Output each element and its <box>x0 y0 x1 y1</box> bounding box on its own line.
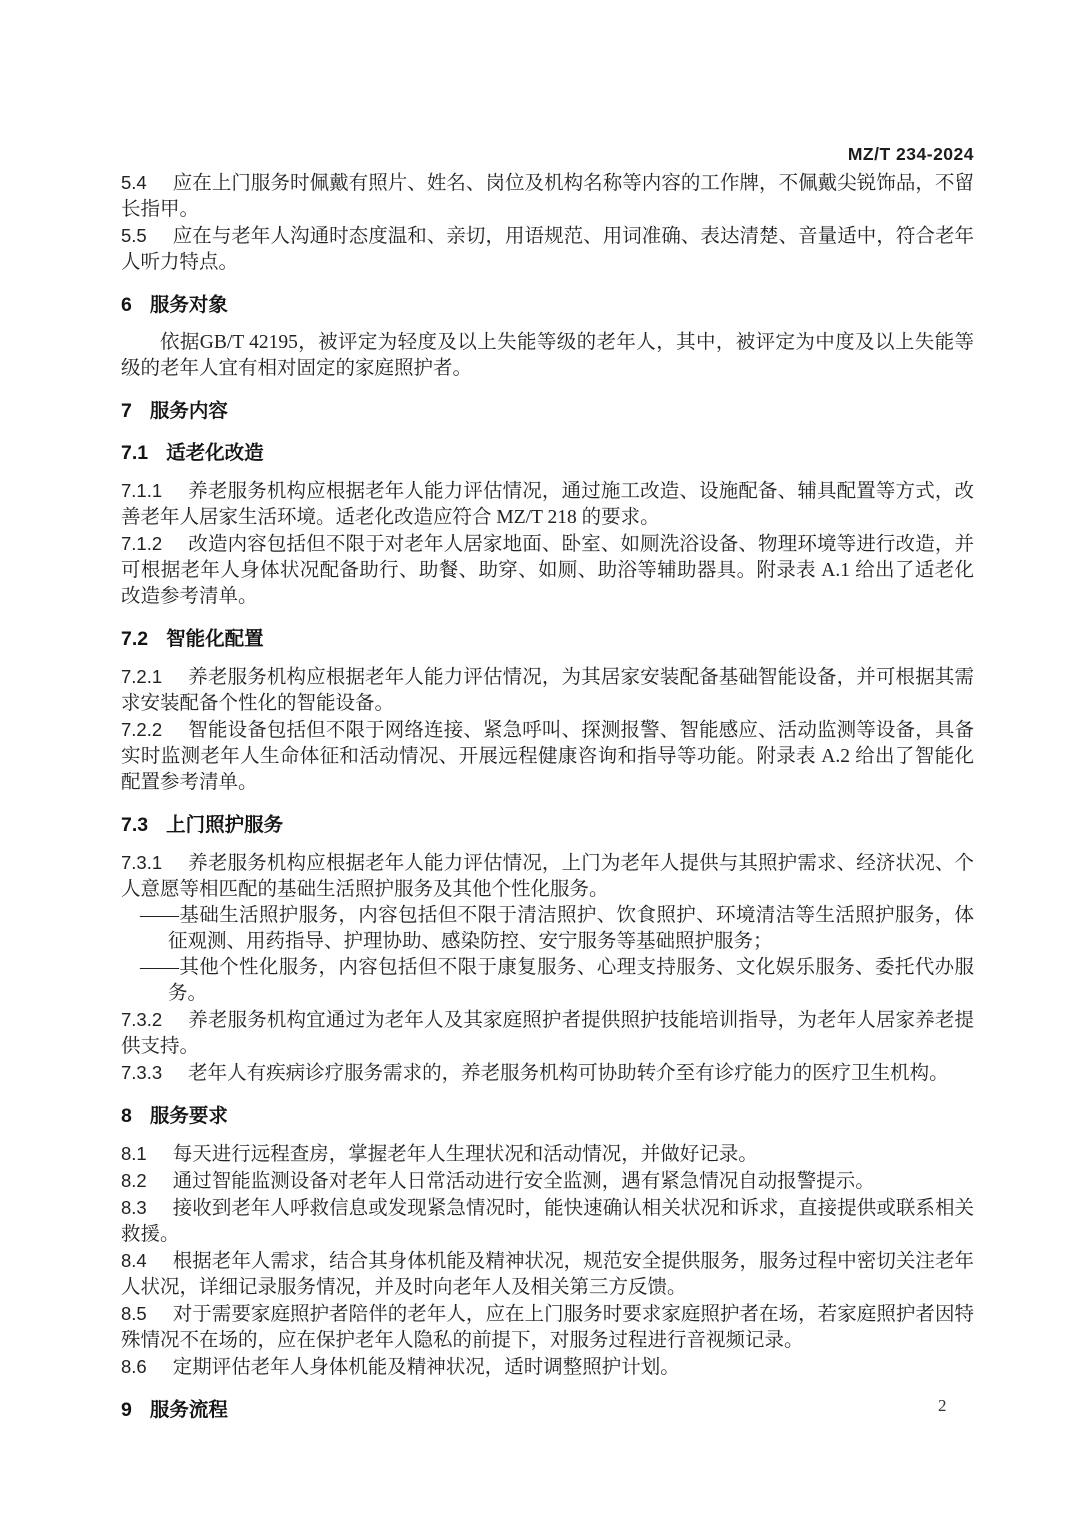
heading-title: 服务流程 <box>150 1399 228 1421</box>
dash-item-text: 其他个性化服务，内容包括但不限于康复服务、心理支持服务、文化娱乐服务、委托代办服… <box>168 957 974 1004</box>
clause-7-2-2: 7.2.2智能设备包括但不限于网络连接、紧急呼叫、探测报警、智能感应、活动监测等… <box>121 717 974 796</box>
clause-text: 智能设备包括但不限于网络连接、紧急呼叫、探测报警、智能感应、活动监测等设备，具备… <box>121 720 974 793</box>
heading-title: 上门照护服务 <box>166 814 283 836</box>
clause-number: 7.2.2 <box>121 719 162 740</box>
clause-8-4: 8.4根据老年人需求，结合其身体机能及精神状况，规范安全提供服务，服务过程中密切… <box>121 1248 974 1301</box>
clause-number: 8.5 <box>121 1303 147 1324</box>
dash-list-item-1: ——基础生活照护服务，内容包括但不限于清洁照护、饮食照护、环境清洁等生活照护服务… <box>121 903 974 955</box>
section-heading-7-3: 7.3上门照护服务 <box>121 812 974 838</box>
clause-number: 8.3 <box>121 1197 147 1218</box>
clause-text: 对于需要家庭照护者陪伴的老年人，应在上门服务时要求家庭照护者在场，若家庭照护者因… <box>121 1304 974 1351</box>
clause-number: 8.4 <box>121 1250 147 1271</box>
clause-text: 养老服务机构应根据老年人能力评估情况，上门为老年人提供与其照护需求、经济状况、个… <box>121 853 974 900</box>
clause-7-2-1: 7.2.1养老服务机构应根据老年人能力评估情况，为其居家安装配备基础智能设备，并… <box>121 664 974 717</box>
dash-marker: —— <box>140 905 179 926</box>
clause-text: 每天进行远程查房，掌握老年人生理状况和活动情况，并做好记录。 <box>173 1144 758 1165</box>
section-heading-8: 8服务要求 <box>121 1103 974 1129</box>
document-page: MZ/T 234-2024 5.4应在上门服务时佩戴有照片、姓名、岗位及机构名称… <box>0 0 1074 1520</box>
clause-text: 根据老年人需求，结合其身体机能及精神状况，规范安全提供服务，服务过程中密切关注老… <box>121 1251 974 1298</box>
document-body: 5.4应在上门服务时佩戴有照片、姓名、岗位及机构名称等内容的工作牌，不佩戴尖锐饰… <box>121 170 974 1435</box>
clause-7-3-3: 7.3.3老年人有疾病诊疗服务需求的，养老服务机构可协助转介至有诊疗能力的医疗卫… <box>121 1060 974 1087</box>
heading-number: 7.3 <box>121 814 148 836</box>
clause-text: 改造内容包括但不限于对老年人居家地面、卧室、如厕洗浴设备、物理环境等进行改造，并… <box>121 534 974 607</box>
heading-number: 7 <box>121 400 132 422</box>
clause-text: 养老服务机构宜通过为老年人及其家庭照护者提供照护技能培训指导，为老年人居家养老提… <box>121 1010 974 1057</box>
dash-marker: —— <box>140 957 179 978</box>
section-heading-7-1: 7.1适老化改造 <box>121 440 974 466</box>
clause-number: 7.3.3 <box>121 1062 162 1083</box>
clause-7-1-1: 7.1.1养老服务机构应根据老年人能力评估情况，通过施工改造、设施配备、辅具配置… <box>121 478 974 531</box>
clause-7-3-2: 7.3.2养老服务机构宜通过为老年人及其家庭照护者提供照护技能培训指导，为老年人… <box>121 1007 974 1060</box>
heading-number: 8 <box>121 1105 132 1127</box>
heading-number: 7.2 <box>121 628 148 650</box>
heading-title: 服务对象 <box>150 294 228 316</box>
doc-code: MZ/T 234-2024 <box>848 144 974 165</box>
clause-5-4: 5.4应在上门服务时佩戴有照片、姓名、岗位及机构名称等内容的工作牌，不佩戴尖锐饰… <box>121 170 974 223</box>
heading-title: 服务内容 <box>150 400 228 422</box>
heading-title: 服务要求 <box>150 1105 228 1127</box>
clause-number: 7.3.1 <box>121 852 162 873</box>
clause-number: 8.2 <box>121 1170 147 1191</box>
clause-number: 8.1 <box>121 1143 147 1164</box>
clause-text: 定期评估老年人身体机能及精神状况，适时调整照护计划。 <box>173 1357 680 1378</box>
clause-number: 8.6 <box>121 1356 147 1377</box>
clause-8-2: 8.2通过智能监测设备对老年人日常活动进行安全监测，遇有紧急情况自动报警提示。 <box>121 1168 974 1195</box>
clause-text: 养老服务机构应根据老年人能力评估情况，通过施工改造、设施配备、辅具配置等方式，改… <box>121 481 974 528</box>
section-heading-9: 9服务流程 <box>121 1397 974 1423</box>
clause-text: 接收到老年人呼救信息或发现紧急情况时，能快速确认相关状况和诉求，直接提供或联系相… <box>121 1198 974 1245</box>
clause-text: 应在与老年人沟通时态度温和、亲切，用语规范、用词准确、表达清楚、音量适中，符合老… <box>121 226 974 273</box>
page-number: 2 <box>938 1396 947 1416</box>
paragraph-section-6: 依据GB/T 42195，被评定为轻度及以上失能等级的老年人，其中，被评定为中度… <box>121 330 974 382</box>
clause-8-5: 8.5对于需要家庭照护者陪伴的老年人，应在上门服务时要求家庭照护者在场，若家庭照… <box>121 1301 974 1354</box>
clause-text: 通过智能监测设备对老年人日常活动进行安全监测，遇有紧急情况自动报警提示。 <box>173 1171 875 1192</box>
clause-8-6: 8.6定期评估老年人身体机能及精神状况，适时调整照护计划。 <box>121 1354 974 1381</box>
clause-7-1-2: 7.1.2改造内容包括但不限于对老年人居家地面、卧室、如厕洗浴设备、物理环境等进… <box>121 531 974 610</box>
clause-number: 7.3.2 <box>121 1009 162 1030</box>
heading-number: 7.1 <box>121 442 148 464</box>
heading-title: 适老化改造 <box>166 442 264 464</box>
section-heading-6: 6服务对象 <box>121 292 974 318</box>
clause-8-3: 8.3接收到老年人呼救信息或发现紧急情况时，能快速确认相关状况和诉求，直接提供或… <box>121 1195 974 1248</box>
clause-text: 老年人有疾病诊疗服务需求的，养老服务机构可协助转介至有诊疗能力的医疗卫生机构。 <box>188 1063 949 1084</box>
clause-number: 7.1.2 <box>121 533 162 554</box>
heading-title: 智能化配置 <box>166 628 264 650</box>
heading-number: 6 <box>121 294 132 316</box>
section-heading-7-2: 7.2智能化配置 <box>121 626 974 652</box>
clause-7-3-1: 7.3.1养老服务机构应根据老年人能力评估情况，上门为老年人提供与其照护需求、经… <box>121 850 974 903</box>
clause-text: 应在上门服务时佩戴有照片、姓名、岗位及机构名称等内容的工作牌，不佩戴尖锐饰品，不… <box>121 173 974 220</box>
dash-item-text: 基础生活照护服务，内容包括但不限于清洁照护、饮食照护、环境清洁等生活照护服务，体… <box>168 905 974 952</box>
clause-number: 7.1.1 <box>121 480 162 501</box>
clause-number: 7.2.1 <box>121 666 162 687</box>
clause-5-5: 5.5应在与老年人沟通时态度温和、亲切，用语规范、用词准确、表达清楚、音量适中，… <box>121 223 974 276</box>
clause-text: 养老服务机构应根据老年人能力评估情况，为其居家安装配备基础智能设备，并可根据其需… <box>121 667 974 714</box>
heading-number: 9 <box>121 1399 132 1421</box>
dash-list-item-2: ——其他个性化服务，内容包括但不限于康复服务、心理支持服务、文化娱乐服务、委托代… <box>121 955 974 1007</box>
section-heading-7: 7服务内容 <box>121 398 974 424</box>
clause-number: 5.5 <box>121 225 147 246</box>
clause-number: 5.4 <box>121 172 147 193</box>
clause-8-1: 8.1每天进行远程查房，掌握老年人生理状况和活动情况，并做好记录。 <box>121 1141 974 1168</box>
